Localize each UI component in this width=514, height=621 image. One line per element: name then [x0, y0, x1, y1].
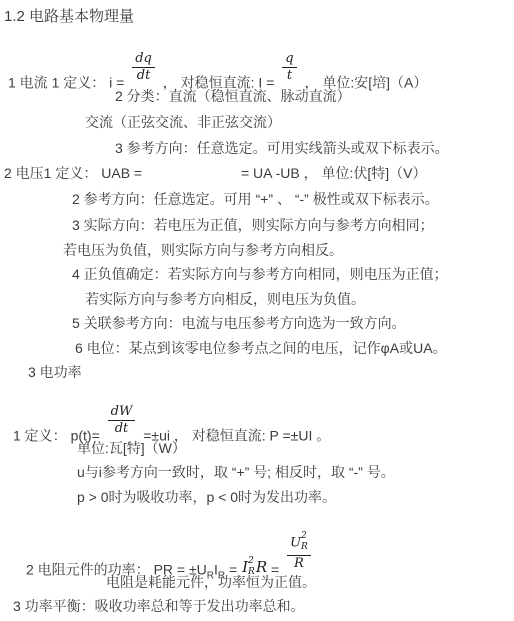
- text-run: 3 实际方向：若电压为正值，则实际方向与参考方向相同；: [72, 217, 434, 233]
- text-run: 1 电流 1 定义： i =: [8, 74, 128, 90]
- fraction-denominator: dt: [108, 421, 136, 436]
- current-definition-line: 1 电流 1 定义： i = dqdt ， 对稳恒直流: I = qt ， 单位…: [8, 60, 427, 92]
- fraction-denominator: dt: [132, 68, 155, 83]
- fraction-with-exponent: U2RR: [287, 532, 311, 571]
- voltage-actual-direction-line: 3 实际方向：若电压为正值，则实际方向与参考方向相同；: [72, 217, 434, 234]
- text-run: 交流（正弦交流、非正弦交流）: [85, 114, 281, 130]
- fraction-denominator: R: [287, 556, 311, 571]
- fraction-numerator: dq: [132, 52, 155, 68]
- text-run: 3 电功率: [28, 364, 82, 380]
- power-heading-line: 3 电功率: [28, 364, 82, 381]
- superscript: 2: [248, 556, 255, 567]
- current-reference-direction-line: 3 参考方向：任意选定。可用实线箭头或双下标表示。: [115, 140, 449, 157]
- power-base: U: [290, 535, 301, 550]
- power-unit-line: 单位:瓦[特]（W）: [77, 440, 186, 457]
- text-run: 电阻是耗能元件，功率恒为正值。: [106, 574, 316, 590]
- text-run: u与i参考方向一致时，取 “+” 号; 相反时，取 “-” 号。: [77, 464, 395, 480]
- fraction: dWdt: [108, 405, 136, 437]
- subscript: R: [301, 542, 308, 553]
- formula-gap: [146, 177, 241, 178]
- text-run: 4 正负值确定：若实际方向与参考方向相同，则电压为正值；: [72, 266, 448, 282]
- resistor-power-note-line: 电阻是耗能元件，功率恒为正值。: [106, 574, 316, 591]
- fraction-denominator: t: [282, 68, 296, 83]
- text-run: 2 分类：直流（稳恒直流、脉动直流）: [115, 88, 351, 104]
- power-sign-convention-line: u与i参考方向一致时，取 “+” 号; 相反时，取 “-” 号。: [77, 464, 395, 481]
- voltage-reference-direction-line: 2 参考方向：任意选定。可用 “+” 、 “-” 极性或双下标表示。: [72, 191, 439, 208]
- potential-line: 6 电位：某点到该零电位参考点之间的电压，记作φA或UA。: [75, 340, 447, 357]
- current-ac-line: 交流（正弦交流、非正弦交流）: [85, 114, 281, 131]
- fraction-numerator: q: [282, 52, 296, 68]
- text-run: 3 功率平衡：吸收功率总和等于发出功率总和。: [13, 598, 305, 614]
- text-run: = UA -UB ， 单位:伏[特]（V）: [241, 165, 427, 181]
- superscript: 2: [301, 531, 308, 542]
- text-run: 2 电压1 定义： UAB =: [4, 165, 146, 181]
- power-absorb-emit-line: p > 0时为吸收功率，p < 0时为发出功率。: [77, 489, 336, 506]
- text-run: 1.2 电路基本物理量: [4, 8, 134, 25]
- fraction-numerator: U2R: [287, 532, 311, 556]
- text-run: 6 电位：某点到该零电位参考点之间的电压，记作φA或UA。: [75, 340, 447, 356]
- fraction: qt: [282, 52, 296, 84]
- text-run: p > 0时为吸收功率，p < 0时为发出功率。: [77, 489, 336, 505]
- text-run: 3 参考方向：任意选定。可用实线箭头或双下标表示。: [115, 140, 449, 156]
- associated-reference-direction-line: 5 关联参考方向：电流与电压参考方向选为一致方向。: [72, 315, 406, 332]
- text-run: 若电压为负值，则实际方向与参考方向相反。: [63, 242, 343, 258]
- voltage-sign-rule-line: 4 正负值确定：若实际方向与参考方向相同，则电压为正值；: [72, 266, 448, 283]
- section-heading: 1.2 电路基本物理量: [4, 8, 134, 25]
- voltage-definition-line: 2 电压1 定义： UAB = = UA -UB ， 单位:伏[特]（V）: [4, 165, 427, 182]
- voltage-sign-rule-cont-line: 若实际方向与参考方向相反，则电压为负值。: [85, 291, 365, 308]
- power-balance-line: 3 功率平衡：吸收功率总和等于发出功率总和。: [13, 598, 305, 615]
- text-run: 5 关联参考方向：电流与电压参考方向选为一致方向。: [72, 315, 406, 331]
- fraction-numerator: dW: [108, 405, 136, 421]
- text-run: 若实际方向与参考方向相反，则电压为负值。: [85, 291, 365, 307]
- fraction: dqdt: [132, 52, 155, 84]
- document-page: 1.2 电路基本物理量1 电流 1 定义： i = dqdt ， 对稳恒直流: …: [0, 0, 514, 621]
- text-run: 单位:瓦[特]（W）: [77, 440, 186, 456]
- voltage-actual-direction-cont-line: 若电压为负值，则实际方向与参考方向相反。: [63, 242, 343, 259]
- sup-sub-stack: 2R: [301, 531, 308, 553]
- current-classification-line: 2 分类：直流（稳恒直流、脉动直流）: [115, 88, 351, 105]
- text-run: 2 参考方向：任意选定。可用 “+” 、 “-” 极性或双下标表示。: [72, 191, 439, 207]
